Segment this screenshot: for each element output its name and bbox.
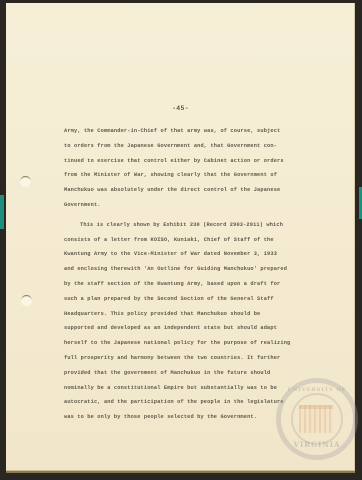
text-line: to orders from the Japanese Government a… <box>64 139 314 154</box>
university-seal-watermark: UNIVERSITY OF VIRGINIA <box>276 378 358 460</box>
text-line: and enclosing therewith 'An Outline for … <box>64 262 314 277</box>
paragraph-2: This is clearly shown by Exhibit 230 (Re… <box>64 218 314 425</box>
seal-bottom-text: VIRGINIA <box>281 440 353 449</box>
text-line: This is clearly shown by Exhibit 230 (Re… <box>64 218 314 233</box>
rotunda-icon <box>299 405 333 433</box>
text-line: Kwantung Army to the Vice-Minister of Wa… <box>64 247 314 262</box>
text-line: supported and developed as an independen… <box>64 321 314 336</box>
text-line: by the staff section of the Kwantung Arm… <box>64 277 314 292</box>
text-line: nominally be a constitutional Empire but… <box>64 381 314 396</box>
text-line: tinued to exercise that control either b… <box>64 154 314 169</box>
teal-tab-marker-left <box>0 195 4 229</box>
text-line: consists of a letter from KOISO, Kuniaki… <box>64 233 314 248</box>
text-line: such a plan prepared by the Second Secti… <box>64 292 314 307</box>
punch-hole-icon <box>21 295 32 306</box>
text-line: provided that the government of Manchuku… <box>64 366 314 381</box>
page-number: -45- <box>6 105 355 112</box>
text-line: Headquarters. This policy provided that … <box>64 307 314 322</box>
text-line: herself to the Japanese national policy … <box>64 336 314 351</box>
punch-hole-icon <box>20 176 31 187</box>
text-line: Manchukuo was absolutely under the direc… <box>64 183 314 198</box>
text-line: full prosperity and harmony between the … <box>64 351 314 366</box>
document-body: Army, the Commander-in-Chief of that arm… <box>64 124 314 425</box>
seal-top-text: UNIVERSITY OF <box>281 387 353 393</box>
paragraph-1: Army, the Commander-in-Chief of that arm… <box>64 124 314 213</box>
text-line: Government. <box>64 198 314 213</box>
text-line: from the Minister of War, showing clearl… <box>64 168 314 183</box>
text-line: Army, the Commander-in-Chief of that arm… <box>64 124 314 139</box>
